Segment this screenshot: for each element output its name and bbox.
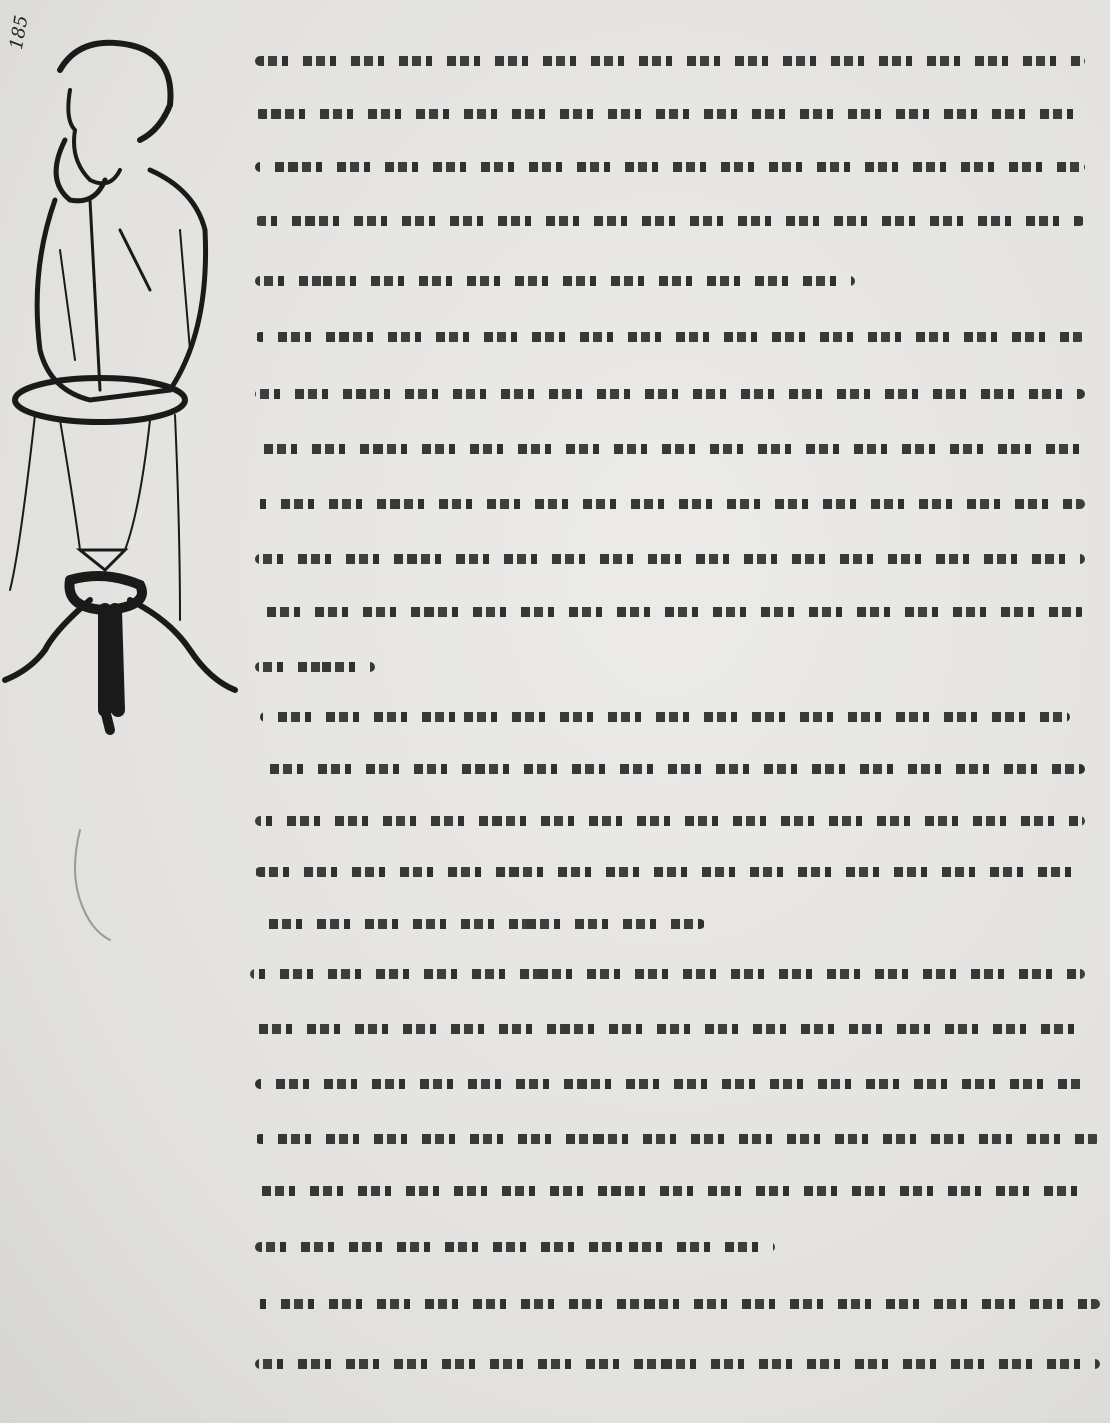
handwritten-line: [illegible handwritten line 8] — [255, 430, 1085, 464]
line-text: [illegible handwritten line 10] — [255, 540, 589, 565]
handwritten-line: [illegible handwritten line 23] — [255, 1228, 775, 1262]
line-text: [illegible handwritten line 22] — [255, 1172, 589, 1197]
line-text: [illegible handwritten line 25] — [255, 1345, 589, 1370]
line-text: [illegible handwritten line 9] — [255, 485, 575, 510]
line-text: [illegible handwritten line 24] — [255, 1285, 589, 1310]
sketch-figure-on-pedestal — [0, 30, 250, 1050]
handwritten-line: [illegible handwritten line 17] — [255, 905, 705, 939]
line-text: [illegible handwritten line 14] — [255, 750, 589, 775]
line-text: [illegible handwritten line 18] — [250, 955, 584, 980]
line-text: [illegible handwritten line 15] — [255, 802, 589, 827]
line-text: [illegible handwritten line 5] — [255, 262, 575, 287]
line-text: [illegible handwritten line 21] — [255, 1120, 589, 1145]
line-text: [illegible handwritten line 2] — [255, 95, 575, 120]
handwritten-line: [illegible handwritten line 12] — [255, 648, 375, 682]
handwritten-line: [illegible handwritten line 22] — [255, 1172, 1085, 1206]
line-text: [illegible handwritten line 11] — [255, 593, 589, 618]
handwritten-line: [illegible handwritten line 3] — [255, 148, 1085, 182]
handwritten-line: [illegible handwritten line 15] — [255, 802, 1085, 836]
line-text: [illegible handwritten line 20] — [255, 1065, 589, 1090]
line-text: [illegible handwritten line 4] — [255, 202, 575, 227]
handwritten-line: [illegible handwritten line 20] — [255, 1065, 1085, 1099]
handwritten-line: [illegible handwritten line 13] — [260, 698, 1070, 732]
handwritten-line: [illegible handwritten line 11] — [255, 593, 1085, 627]
handwritten-line: [illegible handwritten line 21] — [255, 1120, 1100, 1154]
line-text: [illegible handwritten line 17] — [255, 905, 589, 930]
line-text: [illegible handwritten line 6] — [255, 318, 575, 343]
line-text: [illegible handwritten line 16] — [255, 853, 589, 878]
manuscript-page: 185 [illegible handw — [0, 0, 1110, 1423]
handwritten-line: [illegible handwritten line 5] — [255, 262, 855, 296]
handwritten-line: [illegible handwritten line 1] — [255, 42, 1085, 76]
line-text: [illegible handwritten line 23] — [255, 1228, 589, 1253]
handwritten-line: [illegible handwritten line 7] — [255, 375, 1085, 409]
handwritten-line: [illegible handwritten line 2] — [255, 95, 1085, 129]
line-text: [illegible handwritten line 12] — [255, 648, 589, 673]
handwritten-line: [illegible handwritten line 9] — [255, 485, 1085, 519]
handwritten-line: [illegible handwritten line 4] — [255, 202, 1085, 236]
handwritten-line: [illegible handwritten line 25] — [255, 1345, 1100, 1379]
handwritten-line: [illegible handwritten line 6] — [255, 318, 1085, 352]
handwritten-line: [illegible handwritten line 24] — [255, 1285, 1100, 1319]
line-text: [illegible handwritten line 13] — [260, 698, 594, 723]
line-text: [illegible handwritten line 19] — [255, 1010, 589, 1035]
handwritten-line: [illegible handwritten line 18] — [250, 955, 1085, 989]
handwritten-line: [illegible handwritten line 19] — [255, 1010, 1085, 1044]
line-text: [illegible handwritten line 1] — [255, 42, 575, 67]
handwritten-line: [illegible handwritten line 14] — [255, 750, 1085, 784]
handwritten-line: [illegible handwritten line 16] — [255, 853, 1085, 887]
line-text: [illegible handwritten line 8] — [255, 430, 575, 455]
handwritten-line: [illegible handwritten line 10] — [255, 540, 1085, 574]
line-text: [illegible handwritten line 7] — [255, 375, 575, 400]
line-text: [illegible handwritten line 3] — [255, 148, 575, 173]
